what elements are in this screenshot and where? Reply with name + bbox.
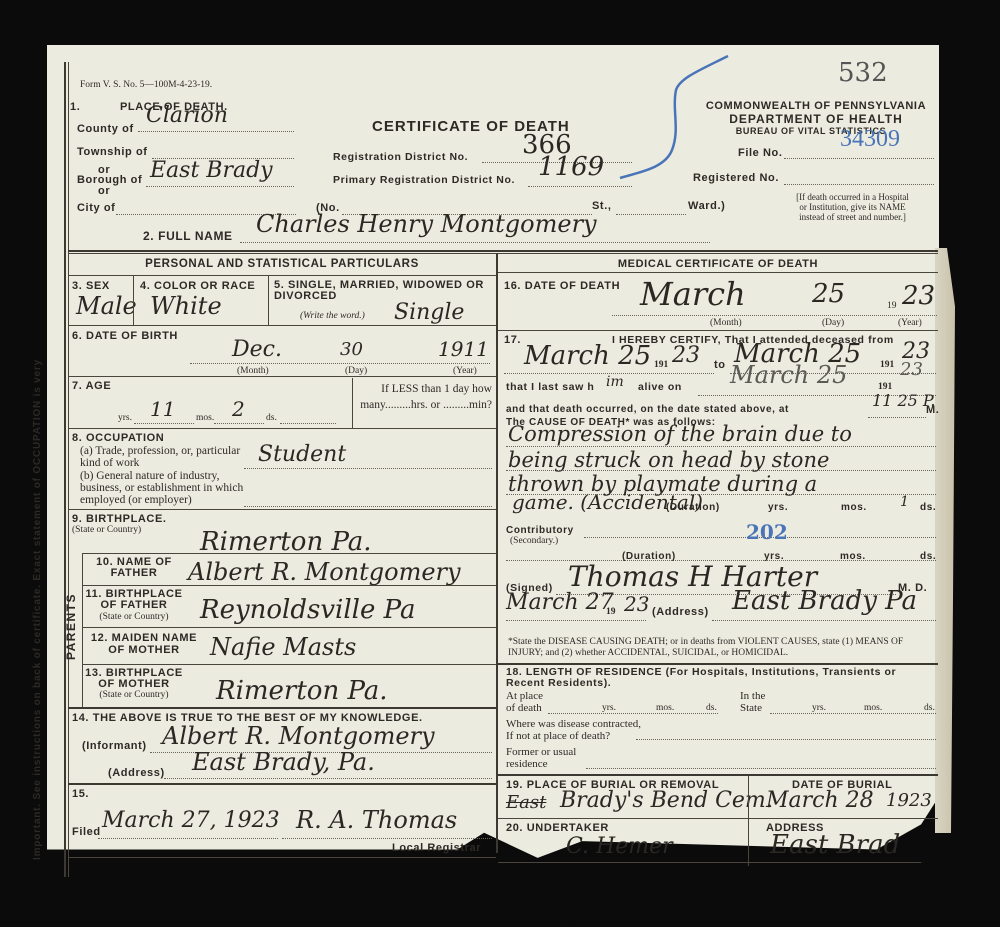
department-heading: DEPARTMENT OF HEALTH [686,112,946,126]
informant-value: Albert R. Montgomery [162,722,435,750]
age-label: 7. AGE [72,380,111,392]
registration-district-label: Registration District No. [333,151,468,163]
race-value[interactable]: White [150,292,222,320]
rule [498,663,938,665]
primary-district-label: Primary Registration District No. [333,174,515,186]
age-ds-label: ds. [266,413,277,423]
rule [68,707,496,709]
less-than-day-note: If LESS than 1 day how many.........hrs.… [358,381,492,413]
rule [498,818,938,819]
last-saw-pronoun[interactable]: im [606,374,624,390]
filed-section-number: 15. [72,788,89,800]
informant-address-value: East Brady, Pa. [192,748,375,776]
death-day-caption: (Day) [822,318,844,328]
cause-line-2[interactable]: being struck on head by stone [506,456,936,471]
registered-no-field[interactable] [784,172,934,185]
burial-year-value: 1923 [886,790,932,811]
section-1-number: 1. [70,101,80,113]
attended-from-field[interactable]: March 25 191 23 [504,361,714,374]
file-no-field[interactable]: 34309 [784,146,934,159]
age-mos-label: mos. [196,413,214,423]
month-caption: (Month) [237,366,269,376]
rule [68,509,496,510]
at-place-of-death-label: At place of death [506,690,546,714]
duration-days-value: 1 [900,494,909,510]
parents-label: PARENTS [64,593,78,660]
rule [498,272,938,273]
mother-birthplace-hint: (State or Country) [84,690,184,700]
section-divider [68,250,938,252]
mother-name-value[interactable]: Nafie Masts [210,633,356,661]
occupation-a-value: Student [258,442,346,467]
side-instruction-note: Important. See instructions on back of c… [32,359,43,860]
left-border [64,62,66,877]
death-time-field[interactable]: 11 25 P. [868,405,926,418]
occupation-a-label: (a) Trade, profession, or, particular ki… [80,445,256,469]
physician-address-value: East Brady Pa [732,586,917,616]
contributory-mos-label: mos. [840,551,866,562]
registered-no-label: Registered No. [693,172,779,184]
paper-fold-edge [935,248,955,833]
informant-address-label: (Address) [108,767,165,779]
duration-yrs-label: yrs. [768,502,788,513]
res-ds-label: ds. [706,703,717,713]
death-year-value: 23 [902,281,935,311]
date-of-death-field[interactable]: March 25 19 23 [612,303,937,316]
rule [352,378,353,428]
physician-address-label: (Address) [652,606,709,618]
registrar-signature-value: R. A. Thomas [296,806,457,834]
full-name-value: Charles Henry Montgomery [256,210,597,238]
mother-birthplace-value[interactable]: Rimerton Pa. [216,676,388,706]
registrar-signature-field[interactable]: R. A. Thomas [282,826,492,839]
filed-date-field[interactable]: March 27, 1923 [98,826,278,839]
hospital-note: [If death occurred in a Hospital or Inst… [795,192,910,222]
occupation-a-field[interactable]: Student [244,456,492,469]
occupation-label: 8. OCCUPATION [72,432,164,444]
contributory-label: Contributory [506,525,574,536]
death-month-caption: (Month) [710,318,742,328]
rule [498,330,938,331]
mother-birthplace-label: 13. BIRTHPLACE OF MOTHER [84,668,184,690]
age-years-field[interactable]: 11 [134,411,194,424]
residence-label: 18. LENGTH OF RESIDENCE (For Hospitals, … [506,667,938,689]
former-residence-field[interactable] [586,758,936,769]
state-ds-label: ds. [924,703,935,713]
physician-address-field[interactable]: East Brady Pa [712,608,936,621]
death-month-value: March [640,275,746,313]
medical-heading: MEDICAL CERTIFICATE OF DEATH [498,258,938,270]
death-year-caption: (Year) [898,318,922,328]
personal-heading: PERSONAL AND STATISTICAL PARTICULARS [68,258,496,270]
signed-date-value: March 27 [506,590,614,615]
cause-line-2-text: being struck on head by stone [508,448,829,472]
father-birthplace-label: 11. BIRTHPLACE OF FATHER [84,589,184,611]
birthplace-hint: (State or Country) [72,525,141,535]
secondary-label: (Secondary.) [510,536,558,546]
signed-year-value: 23 [624,592,649,616]
year-prefix-2: 191 [880,360,894,370]
duration-ds-label: ds. [920,502,936,513]
alive-on-label: alive on [638,381,682,393]
full-name-field[interactable]: Charles Henry Montgomery [240,224,710,243]
dob-year-value: 1911 [438,337,489,361]
day-caption: (Day) [345,366,367,376]
res-yrs-label: yrs. [602,703,616,713]
ward-field[interactable] [616,202,686,215]
rule [82,664,496,665]
city-label: City of [77,202,115,214]
age-months-value: 2 [232,397,245,421]
primary-district-value: 1169 [538,152,604,182]
date-of-death-label: 16. DATE OF DEATH [504,280,620,292]
section-divider-2 [68,253,938,254]
registrar-label: Local Registrar [392,842,481,854]
rule [68,376,496,377]
death-day-value: 25 [812,279,845,309]
contracted-field[interactable] [636,729,936,740]
alive-on-value: March 25 [730,361,847,389]
borough-field[interactable]: East Brady [146,166,294,187]
filed-label: Filed [72,826,101,838]
rule [82,585,496,586]
dob-month-value: Dec. [232,337,282,362]
torn-edge [560,820,1000,927]
sex-label: 3. SEX [72,280,110,292]
rule [68,428,496,429]
occupation-b-label: (b) General nature of industry, business… [80,470,256,506]
signed-year-prefix: 19 [606,607,616,617]
at-place-of-death-field[interactable]: yrs. mos. ds. [548,703,718,714]
file-mark: 532 [838,58,888,88]
birthplace-label: 9. BIRTHPLACE. [72,513,167,525]
marital-hint: (Write the word.) [300,311,365,321]
alive-on-year: 23 [900,359,923,380]
m-label: M. [926,404,939,416]
or-label-2: or [98,185,110,197]
father-birthplace-value[interactable]: Reynoldsville Pa [200,595,415,625]
year-caption: (Year) [453,366,477,376]
state-yrs-label: yrs. [812,703,826,713]
sex-value[interactable]: Male [76,292,137,320]
rule [82,553,496,554]
cause-line-1[interactable]: Compression of the brain due to [506,432,936,447]
contracted-label: Where was disease contracted, If not at … [506,718,646,742]
certify-number: 17. [504,334,521,346]
commonwealth-heading: COMMONWEALTH OF PENNSYLVANIA [686,100,946,112]
burial-place-value[interactable]: Brady's Bend Cem. [560,788,773,813]
rule [68,857,496,858]
township-label: Township of [77,146,148,158]
marital-value[interactable]: Single [394,300,464,325]
mother-name-label: 12. MAIDEN NAME OF MOTHER [84,632,204,656]
file-no-label: File No. [738,147,783,159]
last-saw-label: that I last saw h [506,381,594,393]
file-no-value: 34309 [840,126,900,153]
duration-mos-label: mos. [841,502,867,513]
father-name-value[interactable]: Albert R. Montgomery [188,558,461,586]
attended-from-year: 23 [672,343,700,368]
ward-label: Ward.) [688,200,725,212]
column-divider [496,253,498,853]
duration-label: (Duration) [666,502,720,513]
rule [82,553,83,707]
county-value: Clarion [146,103,228,128]
informant-address-field[interactable]: East Brady, Pa. [164,766,492,779]
age-months-field[interactable]: 2 [214,411,264,424]
rule [82,627,496,628]
filed-date-value: March 27, 1923 [102,808,280,833]
cause-line-1-text: Compression of the brain due to [508,422,852,446]
rule [133,275,134,325]
contributory-ds-label: ds. [920,551,936,562]
rule [498,774,938,776]
county-label: County of [77,123,134,135]
left-border-inner [68,62,69,877]
res-mos-label: mos. [656,703,674,713]
death-occurred-label: and that death occurred, on the date sta… [506,404,789,415]
burial-struck-text: East [506,792,546,813]
dob-label: 6. DATE OF BIRTH [72,330,178,342]
borough-value: East Brady [150,158,273,183]
father-birthplace-hint: (State or Country) [84,612,184,622]
form-id: Form V. S. No. 5—100M-4-23-19. [80,80,212,90]
former-residence-label: Former or usual residence [506,746,586,770]
cause-footnote: *State the DISEASE CAUSING DEATH; or in … [508,637,938,659]
age-yrs-label: yrs. [118,413,132,423]
signed-date-field[interactable]: March 27 19 23 [506,608,646,621]
year-prefix-1: 191 [654,360,668,370]
marital-label: 5. SINGLE, MARRIED, WIDOWED OR DIVORCED [274,280,494,302]
age-years-value: 11 [150,397,175,421]
informant-label: (Informant) [82,740,147,752]
county-field[interactable]: Clarion [138,113,294,132]
attended-from-value: March 25 [524,341,651,371]
burial-date-value: March 28 [766,788,874,813]
cause-duration-row: game. (Accidental) (Duration) yrs. mos. … [506,490,936,514]
father-name-label: 10. NAME OF FATHER [84,557,184,579]
dob-day-value: 30 [340,339,363,360]
death-year-prefix: 19 [887,301,897,311]
rule [68,783,496,785]
state-mos-label: mos. [864,703,882,713]
race-label: 4. COLOR OR RACE [140,280,255,292]
rule [68,325,496,326]
to-label: to [714,359,726,371]
blue-code: 202 [746,520,788,544]
age-days-field[interactable] [280,411,336,424]
occupation-b-field[interactable] [244,494,492,507]
in-state-field[interactable]: yrs. mos. ds. [770,703,936,714]
dob-field[interactable]: Dec. 30 1911 [190,349,490,364]
full-name-label: 2. FULL NAME [143,229,233,243]
rule [268,275,269,325]
